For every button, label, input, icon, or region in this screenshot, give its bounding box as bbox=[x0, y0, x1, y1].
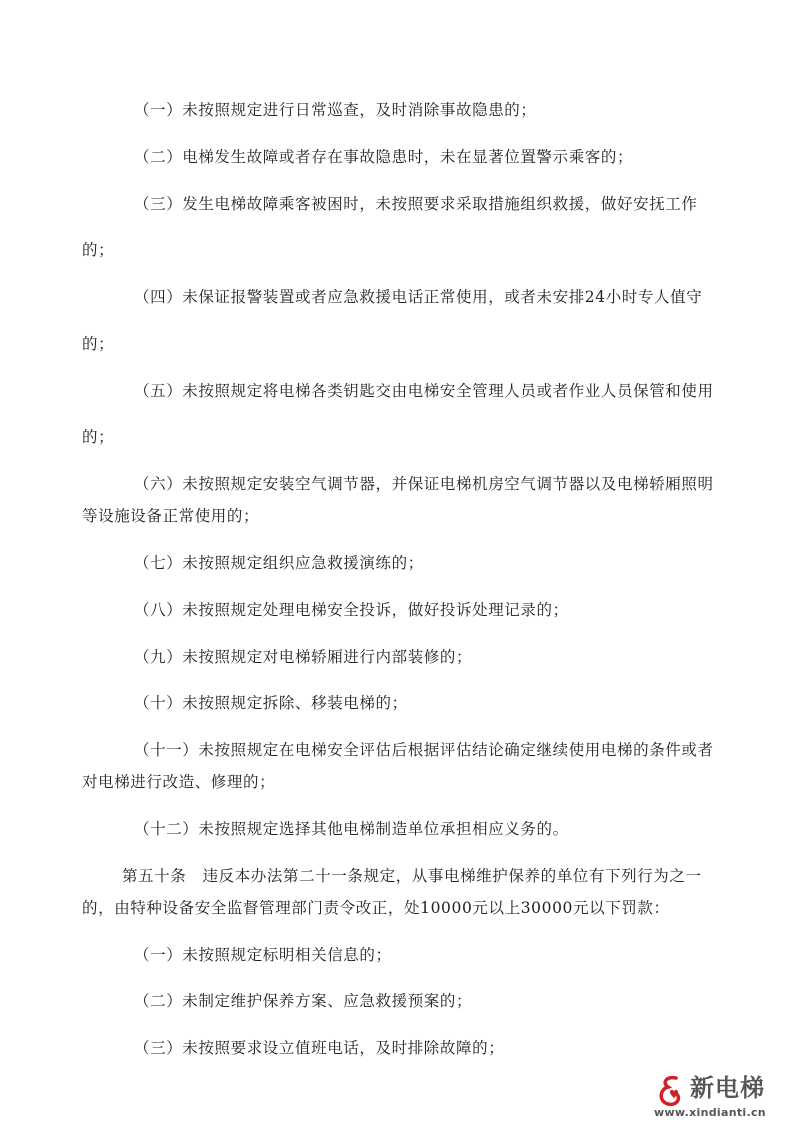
list-item: （三）未按照要求设立值班电话，及时排除故障的； bbox=[134, 1038, 504, 1058]
list-item: （九）未按照规定对电梯轿厢进行内部装修的； bbox=[134, 647, 472, 667]
list-item: （一）未按照规定进行日常巡查，及时消除事故隐患的； bbox=[134, 100, 537, 120]
list-item: （十二）未按照规定选择其他电梯制造单位承担相应义务的。 bbox=[134, 819, 569, 839]
list-item: （五）未按照规定将电梯各类钥匙交由电梯安全管理人员或者作业人员保管和使用 bbox=[134, 381, 714, 401]
list-item: （二）电梯发生故障或者存在事故隐患时，未在显著位置警示乘客的； bbox=[134, 147, 633, 167]
list-item: （一）未按照规定标明相关信息的； bbox=[134, 945, 392, 965]
list-item-continuation: 的； bbox=[82, 427, 114, 447]
list-item: （八）未按照规定处理电梯安全投诉，做好投诉处理记录的； bbox=[134, 600, 569, 620]
article-50-continuation: 的，由特种设备安全监督管理部门责令改正，处10000元以上30000元以下罚款： bbox=[82, 898, 670, 918]
list-item-continuation: 对电梯进行改造、修理的； bbox=[82, 772, 275, 792]
watermark-url: www.xindianti.cn bbox=[654, 1106, 766, 1120]
watermark-logo: 新电梯 www.xindianti.cn bbox=[654, 1073, 800, 1123]
list-item: （十）未按照规定拆除、移装电梯的； bbox=[134, 693, 408, 713]
list-item: （四）未保证报警装置或者应急救援电话正常使用，或者未安排24小时专人值守 bbox=[134, 287, 702, 307]
list-item-continuation: 的； bbox=[82, 334, 114, 354]
list-item-continuation: 等设施设备正常使用的； bbox=[82, 506, 259, 526]
list-item: （七）未按照规定组织应急救援演练的； bbox=[134, 553, 424, 573]
list-item-continuation: 的； bbox=[82, 240, 114, 260]
list-item: （十一）未按照规定在电梯安全评估后根据评估结论确定继续使用电梯的条件或者 bbox=[134, 740, 714, 760]
document-page: （一）未按照规定进行日常巡查，及时消除事故隐患的； （二）电梯发生故障或者存在事… bbox=[0, 0, 800, 1132]
list-item: （三）发生电梯故障乘客被困时，未按照要求采取措施组织救援，做好安抚工作 bbox=[134, 194, 698, 214]
article-50-heading: 第五十条 违反本办法第二十一条规定，从事电梯维护保养的单位有下列行为之一 bbox=[122, 866, 702, 886]
list-item: （二）未制定维护保养方案、应急救援预案的； bbox=[134, 991, 472, 1011]
xindianti-logo-icon bbox=[656, 1075, 686, 1107]
watermark-title: 新电梯 bbox=[690, 1073, 765, 1103]
list-item: （六）未按照规定安装空气调节器，并保证电梯机房空气调节器以及电梯轿厢照明 bbox=[134, 474, 714, 494]
